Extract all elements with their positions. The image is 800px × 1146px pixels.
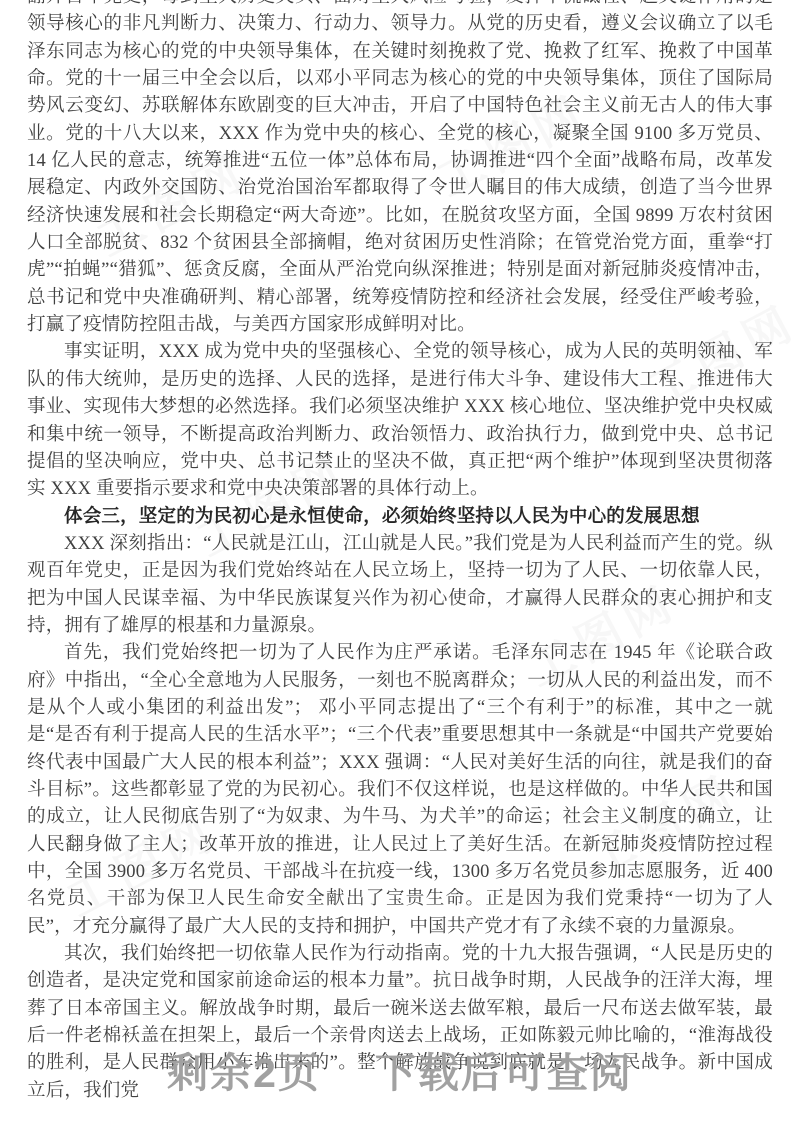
footer-banner: 剩余2页下载后可查阅 xyxy=(0,1040,800,1099)
document-page: 工图网 工图网 工图网 工图网 工图网 工图网 工图网 翻开百年党史，每到重大历… xyxy=(0,0,800,1146)
paragraph: 事实证明，XXX 成为党中央的坚强核心、全党的领导核心，成为人民的英明领袖、军队… xyxy=(27,339,773,503)
download-hint-label: 下载后可查阅 xyxy=(375,1050,633,1096)
section-heading: 体会三，坚定的为民初心是永恒使命，必须始终坚持以人民为中心的发展思想 xyxy=(27,504,773,531)
paragraph: 翻开百年党史，每到重大历史关头、面对重大风险考验，发挥中流砥柱、起关键作用的是领… xyxy=(27,0,773,339)
remaining-pages-label: 剩余2页 xyxy=(167,1050,321,1096)
document-body: 翻开百年党史，每到重大历史关头、面对重大风险考验，发挥中流砥柱、起关键作用的是领… xyxy=(27,0,773,1105)
paragraph: 首先，我们党始终把一切为了人民作为庄严承诺。毛泽东同志在 1945 年《论联合政… xyxy=(27,640,773,941)
paragraph: XXX 深刻指出：“人民就是江山，江山就是人民。”我们党是为人民利益而产生的党。… xyxy=(27,531,773,640)
